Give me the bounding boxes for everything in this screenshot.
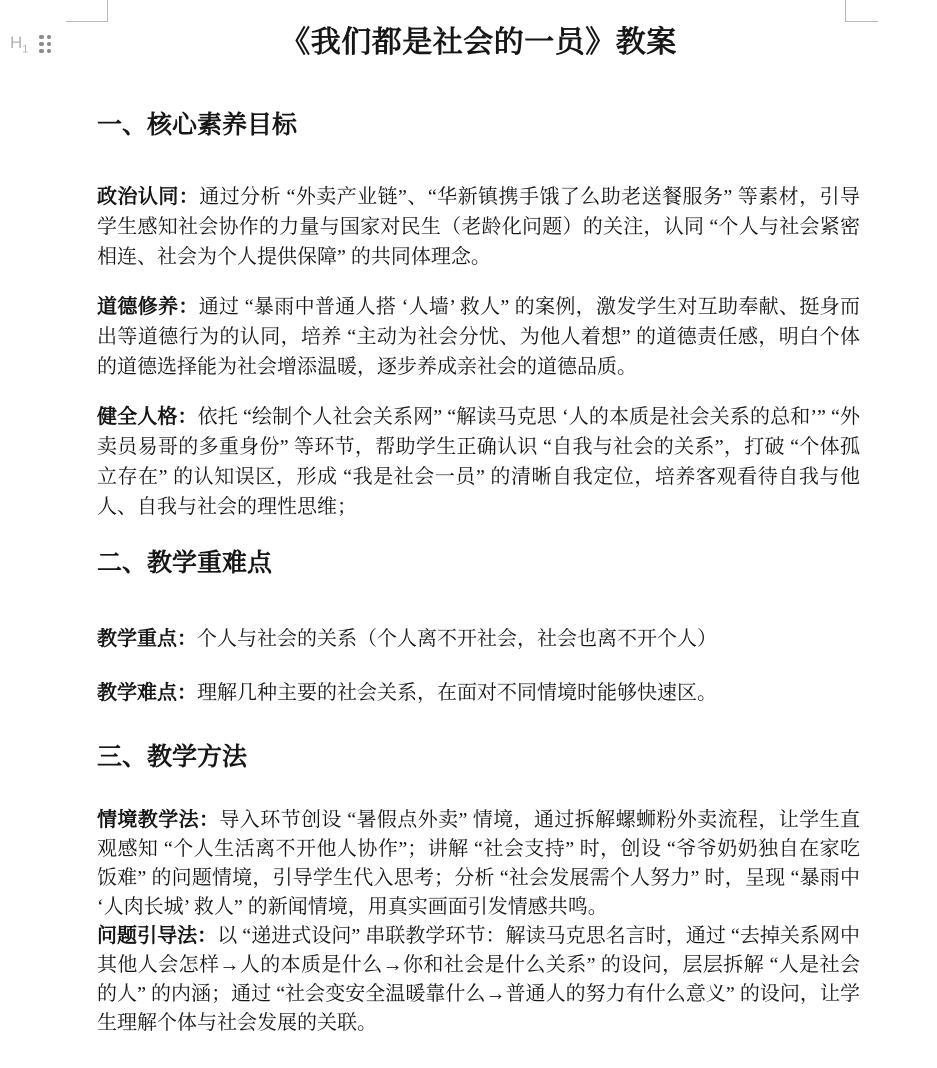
document-body: 《我们都是社会的一员》教案 一、核心素养目标 政治认同：通过分析 “外卖产业链”… — [97, 0, 860, 1038]
paragraph-question-guidance[interactable]: 问题引导法：以 “递进式设问” 串联教学环节：解读马克思名言时，通过 “去掉关系… — [97, 922, 860, 1038]
paragraph-label: 政治认同： — [97, 186, 199, 208]
paragraph-label: 教学重点： — [97, 628, 197, 650]
page-margin-corner-right — [845, 0, 878, 22]
section-teaching-methods: 三、教学方法 情境教学法：导入环节创设 “暑假点外卖” 情境，通过拆解螺蛳粉外卖… — [97, 742, 860, 1038]
drag-handle-dot — [47, 42, 51, 46]
section-heading[interactable]: 二、教学重难点 — [97, 548, 860, 580]
paragraph-label: 道德修养： — [97, 296, 199, 318]
paragraph-text: 依托 “绘制个人社会关系网” “解读马克思 ‘人的本质是社会关系的总和’” “外… — [97, 406, 860, 518]
section-heading[interactable]: 三、教学方法 — [97, 742, 860, 774]
paragraph-political-identity[interactable]: 政治认同：通过分析 “外卖产业链”、“华新镇携手饿了么助老送餐服务” 等素材，引… — [97, 182, 860, 272]
paragraph-label: 问题引导法： — [97, 925, 217, 947]
paragraph-label: 教学难点： — [97, 682, 197, 704]
drag-handle-icon[interactable] — [39, 35, 51, 54]
section-teaching-key-points: 二、教学重难点 教学重点：个人与社会的关系（个人离不开社会，社会也离不开个人） … — [97, 548, 860, 708]
drag-handle-dot — [47, 49, 51, 53]
paragraph-teaching-difficulty[interactable]: 教学难点：理解几种主要的社会关系，在面对不同情境时能够快速区。 — [97, 678, 860, 708]
paragraph-label: 健全人格： — [97, 406, 198, 428]
paragraph-moral-cultivation[interactable]: 道德修养：通过 “暴雨中普通人搭 ‘人墙’ 救人” 的案例，激发学生对互助奉献、… — [97, 292, 860, 382]
heading-badge-letter: H — [10, 33, 22, 52]
paragraph-situational-teaching[interactable]: 情境教学法：导入环节创设 “暑假点外卖” 情境，通过拆解螺蛳粉外卖流程，让学生直… — [97, 806, 860, 922]
drag-handle-dot — [39, 35, 43, 39]
paragraph-label: 情境教学法： — [97, 809, 219, 831]
paragraph-sound-personality[interactable]: 健全人格：依托 “绘制个人社会关系网” “解读马克思 ‘人的本质是社会关系的总和… — [97, 402, 860, 522]
paragraph-teaching-focus[interactable]: 教学重点：个人与社会的关系（个人离不开社会，社会也离不开个人） — [97, 624, 860, 654]
drag-handle-dot — [39, 42, 43, 46]
paragraph-text: 通过 “暴雨中普通人搭 ‘人墙’ 救人” 的案例，激发学生对互助奉献、挺身而出等… — [97, 296, 860, 378]
page-margin-corner-left — [66, 0, 108, 22]
paragraph-text: 通过分析 “外卖产业链”、“华新镇携手饿了么助老送餐服务” 等素材，引导学生感知… — [97, 186, 860, 268]
block-controls: H1 — [10, 34, 51, 55]
document-title[interactable]: 《我们都是社会的一员》教案 — [97, 0, 860, 64]
section-core-competency-goals: 一、核心素养目标 政治认同：通过分析 “外卖产业链”、“华新镇携手饿了么助老送餐… — [97, 110, 860, 522]
drag-handle-dot — [39, 49, 43, 53]
heading-badge-level: 1 — [22, 43, 28, 55]
drag-handle-dot — [47, 35, 51, 39]
paragraph-text: 个人与社会的关系（个人离不开社会，社会也离不开个人） — [197, 628, 717, 650]
paragraph-text: 理解几种主要的社会关系，在面对不同情境时能够快速区。 — [197, 682, 717, 704]
heading-level-icon[interactable]: H1 — [10, 34, 28, 55]
section-heading[interactable]: 一、核心素养目标 — [97, 110, 860, 142]
